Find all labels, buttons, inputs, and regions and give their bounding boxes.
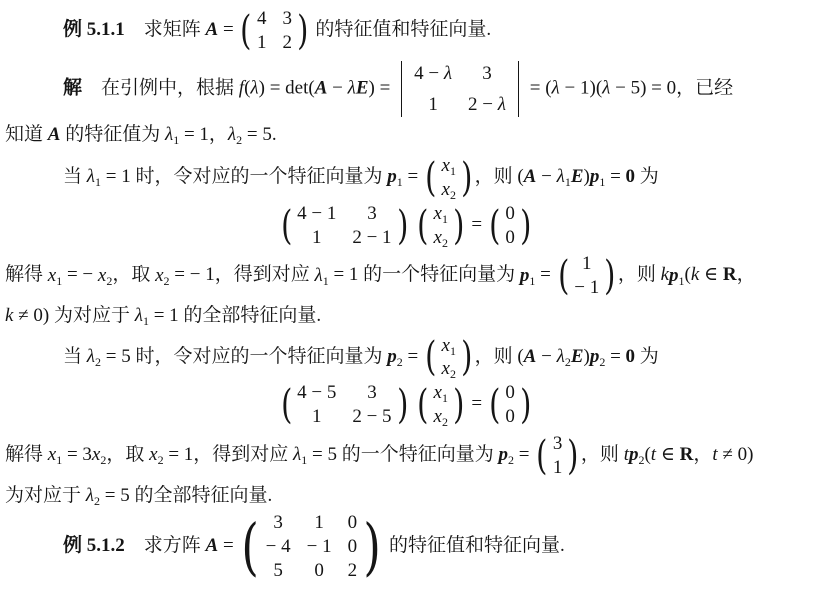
text-run: = [605,166,625,187]
matrix-cell: 2 − 1 [352,227,391,249]
text-run: ，则 [581,444,624,465]
text-run: ≠ 0) 为对应于 [13,305,134,326]
result-lambda1-line-1: 解得 x1 = − x2，取 x2 = − 1，得到对应 λ1 = 1 的一个特… [5,253,807,299]
subscript: 2 [442,236,448,250]
left-paren: ( [425,158,436,198]
left-paren: ( [242,516,259,578]
equation-lambda2: (4 − 5312 − 5) (x1x2) = (00) [5,382,807,428]
text-run: = [403,166,423,187]
document-page: 例 5.1.1 求矩阵 A = (4312) 的特征值和特征向量.解 在引例中，… [0,0,833,582]
subscript: 1 [442,391,448,405]
matrix: (1− 1) [556,253,618,299]
matrix: (4312) [238,8,310,54]
text-run: = 5 的一个特征向量为 [307,444,498,465]
left-paren: ( [417,206,428,246]
matrix: (x1x2) [415,203,467,249]
variable-subscripted: x1 [442,335,456,356]
matrix-grid: 1− 1 [571,253,602,299]
text-run: ，取 [106,444,149,465]
matrix: (4 − 1312 − 1) [279,203,411,249]
text-run: 4 [257,8,267,29]
text-run: 4 − [414,63,444,84]
text-run: = 1 的一个特征向量为 [329,265,520,286]
text-run: 3 [367,382,377,403]
matrix-cell: 1 [582,253,592,275]
variable-subscripted: x2 [98,265,112,286]
result-lambda2-line-2: 为对应于 λ2 = 5 的全部特征向量. [5,483,807,510]
determinant-bar [518,61,519,118]
text-run: 的特征值和特征向量. [311,19,492,40]
variable-subscripted: x1 [442,155,456,176]
text-run: = [218,535,238,556]
vector-symbol: E [356,77,369,98]
text-run: ) = det( [259,77,315,98]
right-paren: ) [297,11,308,51]
variable-subscripted: λ1 [165,124,179,145]
case-lambda1-intro: 当 λ1 = 1 时，令对应的一个特征向量为 p1 = (x1x2)，则 (A … [5,155,807,201]
text-run: 4 − 1 [297,203,336,224]
text-run: 为 [635,166,659,187]
matrix-cell: 2 [283,32,293,54]
text-run: = [403,346,423,367]
text-run: ≠ 0) [718,444,754,465]
matrix-cell: 1 [312,227,322,249]
text-run: 0 [505,382,515,403]
matrix-cell: 4 [257,8,267,30]
matrix: (310− 4− 10502) [238,512,384,582]
subscript: 1 [442,212,448,226]
vector-symbol: A [524,346,537,367]
right-paren: ) [453,206,464,246]
matrix-grid: 4 − 5312 − 5 [294,382,394,428]
text-run: ) [584,166,590,187]
variable-subscripted: x2 [434,406,448,427]
text-run: 为 [635,346,659,367]
matrix-cell: 2 − 5 [352,406,391,428]
matrix-grid: 4 − 1312 − 1 [294,203,394,249]
matrix-grid: 4 − λ312 − λ [408,60,512,119]
result-lambda2-line-1: 解得 x1 = 3x2，取 x2 = 1，得到对应 λ1 = 5 的一个特征向量… [5,433,807,479]
matrix-grid: 31 [550,433,566,479]
variable-subscripted: λ1 [293,444,307,465]
text-run: ， [693,444,712,465]
vector-subscripted: p2 [387,346,403,367]
matrix-cell: 0 [505,406,515,428]
matrix-grid: 310− 4− 10502 [263,512,360,582]
right-paren: ) [604,256,615,296]
variable-subscripted: λ2 [86,485,100,506]
matrix: (00) [487,203,534,249]
example-511-heading: 例 5.1.1 求矩阵 A = (4312) 的特征值和特征向量. [5,8,807,54]
text-run: 5 [273,560,283,581]
right-paren: ) [567,436,578,476]
subscript: 2 [450,188,456,202]
text-run: 1 [582,253,592,274]
text-run: = 1 时，令对应的一个特征向量为 [101,166,387,187]
text-run: 3 [553,433,563,454]
text-run: = 1 的全部特征向量. [149,305,321,326]
right-paren: ) [461,158,472,198]
matrix-cell: 0 [314,560,324,582]
matrix: (x1x2) [423,155,475,201]
variable-subscripted: λ1 [87,166,101,187]
matrix-cell: x1 [442,335,456,357]
bold-run: R [723,265,737,286]
matrix-grid: x1x2 [439,155,459,201]
vector-symbol: A [206,19,219,40]
text-run: ，则 [618,265,661,286]
text-run: = [467,394,487,415]
text-run: 3 [367,203,377,224]
variable-subscripted: x2 [442,358,456,379]
bold-run: 0 [626,346,636,367]
left-paren: ( [241,11,252,51]
text-run: 0 [505,406,515,427]
text-run: = 1，得到对应 [164,444,293,465]
determinant: 4 − λ312 − λ [395,60,525,119]
variable-subscripted: x2 [442,179,456,200]
variable-subscripted: x1 [48,265,62,286]
text-run: − [536,166,556,187]
matrix-cell: 1 [257,32,267,54]
result-lambda1-line-2: k ≠ 0) 为对应于 λ1 = 1 的全部特征向量. [5,303,807,330]
subscript: 1 [450,164,456,178]
matrix-cell: − 1 [307,536,332,558]
variable: λ [552,77,560,98]
matrix: (31) [534,433,581,479]
text-run: 1 [314,512,324,533]
variable: λ [444,63,452,84]
matrix-cell: x1 [434,382,448,404]
variable-subscripted: x2 [155,265,169,286]
text-run: ，则 ( [475,346,524,367]
bold-run: 例 5.1.1 [63,19,125,40]
variable-subscripted: λ1 [314,265,328,286]
text-run: 的特征值和特征向量. [384,535,565,556]
text-run: − [327,77,347,98]
text-run: 知道 [5,124,48,145]
matrix: (4 − 5312 − 5) [279,382,411,428]
text-run: 3 [283,8,293,29]
variable: k [661,265,669,286]
matrix-cell: 2 − λ [468,94,506,116]
case-lambda2-intro: 当 λ2 = 5 时，令对应的一个特征向量为 p2 = (x1x2)，则 (A … [5,335,807,381]
text-run: ，取 [112,265,155,286]
text-run: − 1 [574,277,599,298]
matrix-cell: 4 − 1 [297,203,336,225]
text-run: 解得 [5,265,48,286]
right-paren: ) [453,385,464,425]
text-run: = 5 时，令对应的一个特征向量为 [101,346,387,367]
variable-subscripted: λ2 [228,124,242,145]
text-run: 当 [63,166,87,187]
left-paren: ( [425,337,436,377]
vector-subscripted: p1 [590,166,606,187]
matrix-cell: 1 [314,512,324,534]
matrix-cell: 3 [273,512,283,534]
text-run: 解得 [5,444,48,465]
variable: λ [250,77,258,98]
text-run: = 5 的全部特征向量. [100,485,272,506]
matrix-grid: 00 [502,203,518,249]
text-run: − 4 [266,536,291,557]
matrix-cell: 0 [505,382,515,404]
bold-run: 例 5.1.2 [63,535,125,556]
matrix-grid: x1x2 [431,203,451,249]
variable: λ [498,94,506,115]
matrix: (x1x2) [415,382,467,428]
text-run: 2 − [468,94,498,115]
text-run: − [536,346,556,367]
vector-symbol: E [571,166,584,187]
vector-symbol: A [48,124,61,145]
matrix-cell: 2 [348,560,358,582]
text-run: 0 [505,227,515,248]
matrix-cell: x1 [442,155,456,177]
text-run: 的特征值为 [60,124,165,145]
right-paren: ) [397,206,408,246]
text-run: = 3 [62,444,92,465]
text-run: 2 [348,560,358,581]
matrix-cell: − 4 [266,536,291,558]
text-run: = [514,444,534,465]
variable-subscripted: λ2 [557,346,571,367]
subscript: 2 [450,367,456,381]
bold-run: R [680,444,694,465]
vector-subscripted: p2 [590,346,606,367]
variable: λ [348,77,356,98]
determinant-bar [401,61,402,118]
text-run: 2 − 5 [352,406,391,427]
text-run: = [467,214,487,235]
text-run: = 1， [179,124,228,145]
matrix-cell: 1 [428,94,438,116]
text-run: ，则 ( [475,166,524,187]
matrix-grid: 00 [502,382,518,428]
text-run: 为对应于 [5,485,86,506]
vector-symbol: A [315,77,328,98]
matrix-cell: 3 [553,433,563,455]
bold-run: 解 [63,77,82,98]
left-paren: ( [536,436,547,476]
text-run: ) [584,346,590,367]
vector-subscripted: p2 [629,444,645,465]
matrix-grid: 4312 [254,8,295,54]
right-paren: ) [363,516,380,578]
text-run: 0 [348,536,358,557]
variable-subscripted: λ1 [557,166,571,187]
matrix-grid: x1x2 [431,382,451,428]
variable-subscripted: x1 [434,382,448,403]
right-paren: ) [520,385,531,425]
matrix-cell: 4 − 5 [297,382,336,404]
matrix-cell: − 1 [574,277,599,299]
variable-subscripted: x2 [92,444,106,465]
text-run: ∈ [656,444,680,465]
left-paren: ( [489,206,500,246]
text-run: 1 [257,32,267,53]
vector-subscripted: p2 [498,444,514,465]
matrix: (00) [487,382,534,428]
matrix-cell: 0 [505,203,515,225]
solution-line-1: 解 在引例中，根据 f(λ) = det(A − λE) = 4 − λ312 … [5,60,807,119]
matrix-cell: x2 [442,358,456,380]
matrix-cell: 1 [312,406,322,428]
text-run: ∈ [699,265,723,286]
matrix-cell: 0 [348,536,358,558]
text-run: = [605,346,625,367]
text-run: 4 − 5 [297,382,336,403]
vector-symbol: A [524,166,537,187]
text-run: 0 [314,560,324,581]
matrix-cell: x2 [434,227,448,249]
matrix-grid: x1x2 [439,335,459,381]
example-512-heading: 例 5.1.2 求方阵 A = (310− 4− 10502) 的特征值和特征向… [5,512,807,582]
text-run: = − 1，得到对应 [170,265,315,286]
vector-subscripted: p1 [669,265,685,286]
matrix-cell: 5 [273,560,283,582]
left-paren: ( [417,385,428,425]
text-run: ， [737,265,756,286]
text-run: 0 [505,203,515,224]
left-paren: ( [558,256,569,296]
solution-line-2: 知道 A 的特征值为 λ1 = 1，λ2 = 5. [5,122,807,149]
variable-subscripted: λ2 [87,346,101,367]
text-run: = ( [525,77,552,98]
matrix-cell: 4 − λ [414,63,452,85]
text-run: 2 − 1 [352,227,391,248]
matrix-cell: 3 [283,8,293,30]
text-run: 3 [273,512,283,533]
matrix-cell: 0 [505,227,515,249]
subscript: 1 [450,344,456,358]
matrix-cell: x2 [434,406,448,428]
text-run: = [218,19,238,40]
vector-subscripted: p1 [387,166,403,187]
left-paren: ( [281,206,292,246]
text-run: 当 [63,346,87,367]
text-run: − 1)( [560,77,602,98]
matrix-cell: 3 [367,382,377,404]
right-paren: ) [397,385,408,425]
variable-subscripted: x1 [434,203,448,224]
text-run: = [535,265,555,286]
matrix-cell: x1 [434,203,448,225]
matrix-cell: 0 [348,512,358,534]
matrix-cell: 1 [553,457,563,479]
left-paren: ( [489,385,500,425]
variable-subscripted: x1 [48,444,62,465]
text-run: 1 [553,457,563,478]
text-run: 求矩阵 [125,19,206,40]
right-paren: ) [520,206,531,246]
vector-subscripted: p1 [520,265,536,286]
text-run: 3 [482,63,492,84]
text-run: 1 [312,406,322,427]
vector-symbol: E [571,346,584,367]
text-run: = 5. [242,124,276,145]
matrix-cell: 3 [367,203,377,225]
matrix-cell: x2 [442,179,456,201]
variable-subscripted: λ1 [135,305,149,326]
text-run: 求方阵 [125,535,206,556]
text-run: 在引例中，根据 [82,77,239,98]
bold-run: 0 [626,166,636,187]
left-paren: ( [281,385,292,425]
text-run: ) = [369,77,396,98]
equation-lambda1: (4 − 1312 − 1) (x1x2) = (00) [5,203,807,249]
matrix: (x1x2) [423,335,475,381]
text-run: = − [62,265,98,286]
text-run: 0 [348,512,358,533]
text-run: − 5) = 0，已经 [610,77,733,98]
text-run: 1 [428,94,438,115]
text-run: 1 [312,227,322,248]
right-paren: ) [461,337,472,377]
vector-symbol: A [206,535,219,556]
variable-subscripted: x2 [149,444,163,465]
variable-subscripted: x2 [434,227,448,248]
text-run: 2 [283,32,293,53]
text-run: − 1 [307,536,332,557]
matrix-cell: 3 [482,63,492,85]
subscript: 2 [442,415,448,429]
